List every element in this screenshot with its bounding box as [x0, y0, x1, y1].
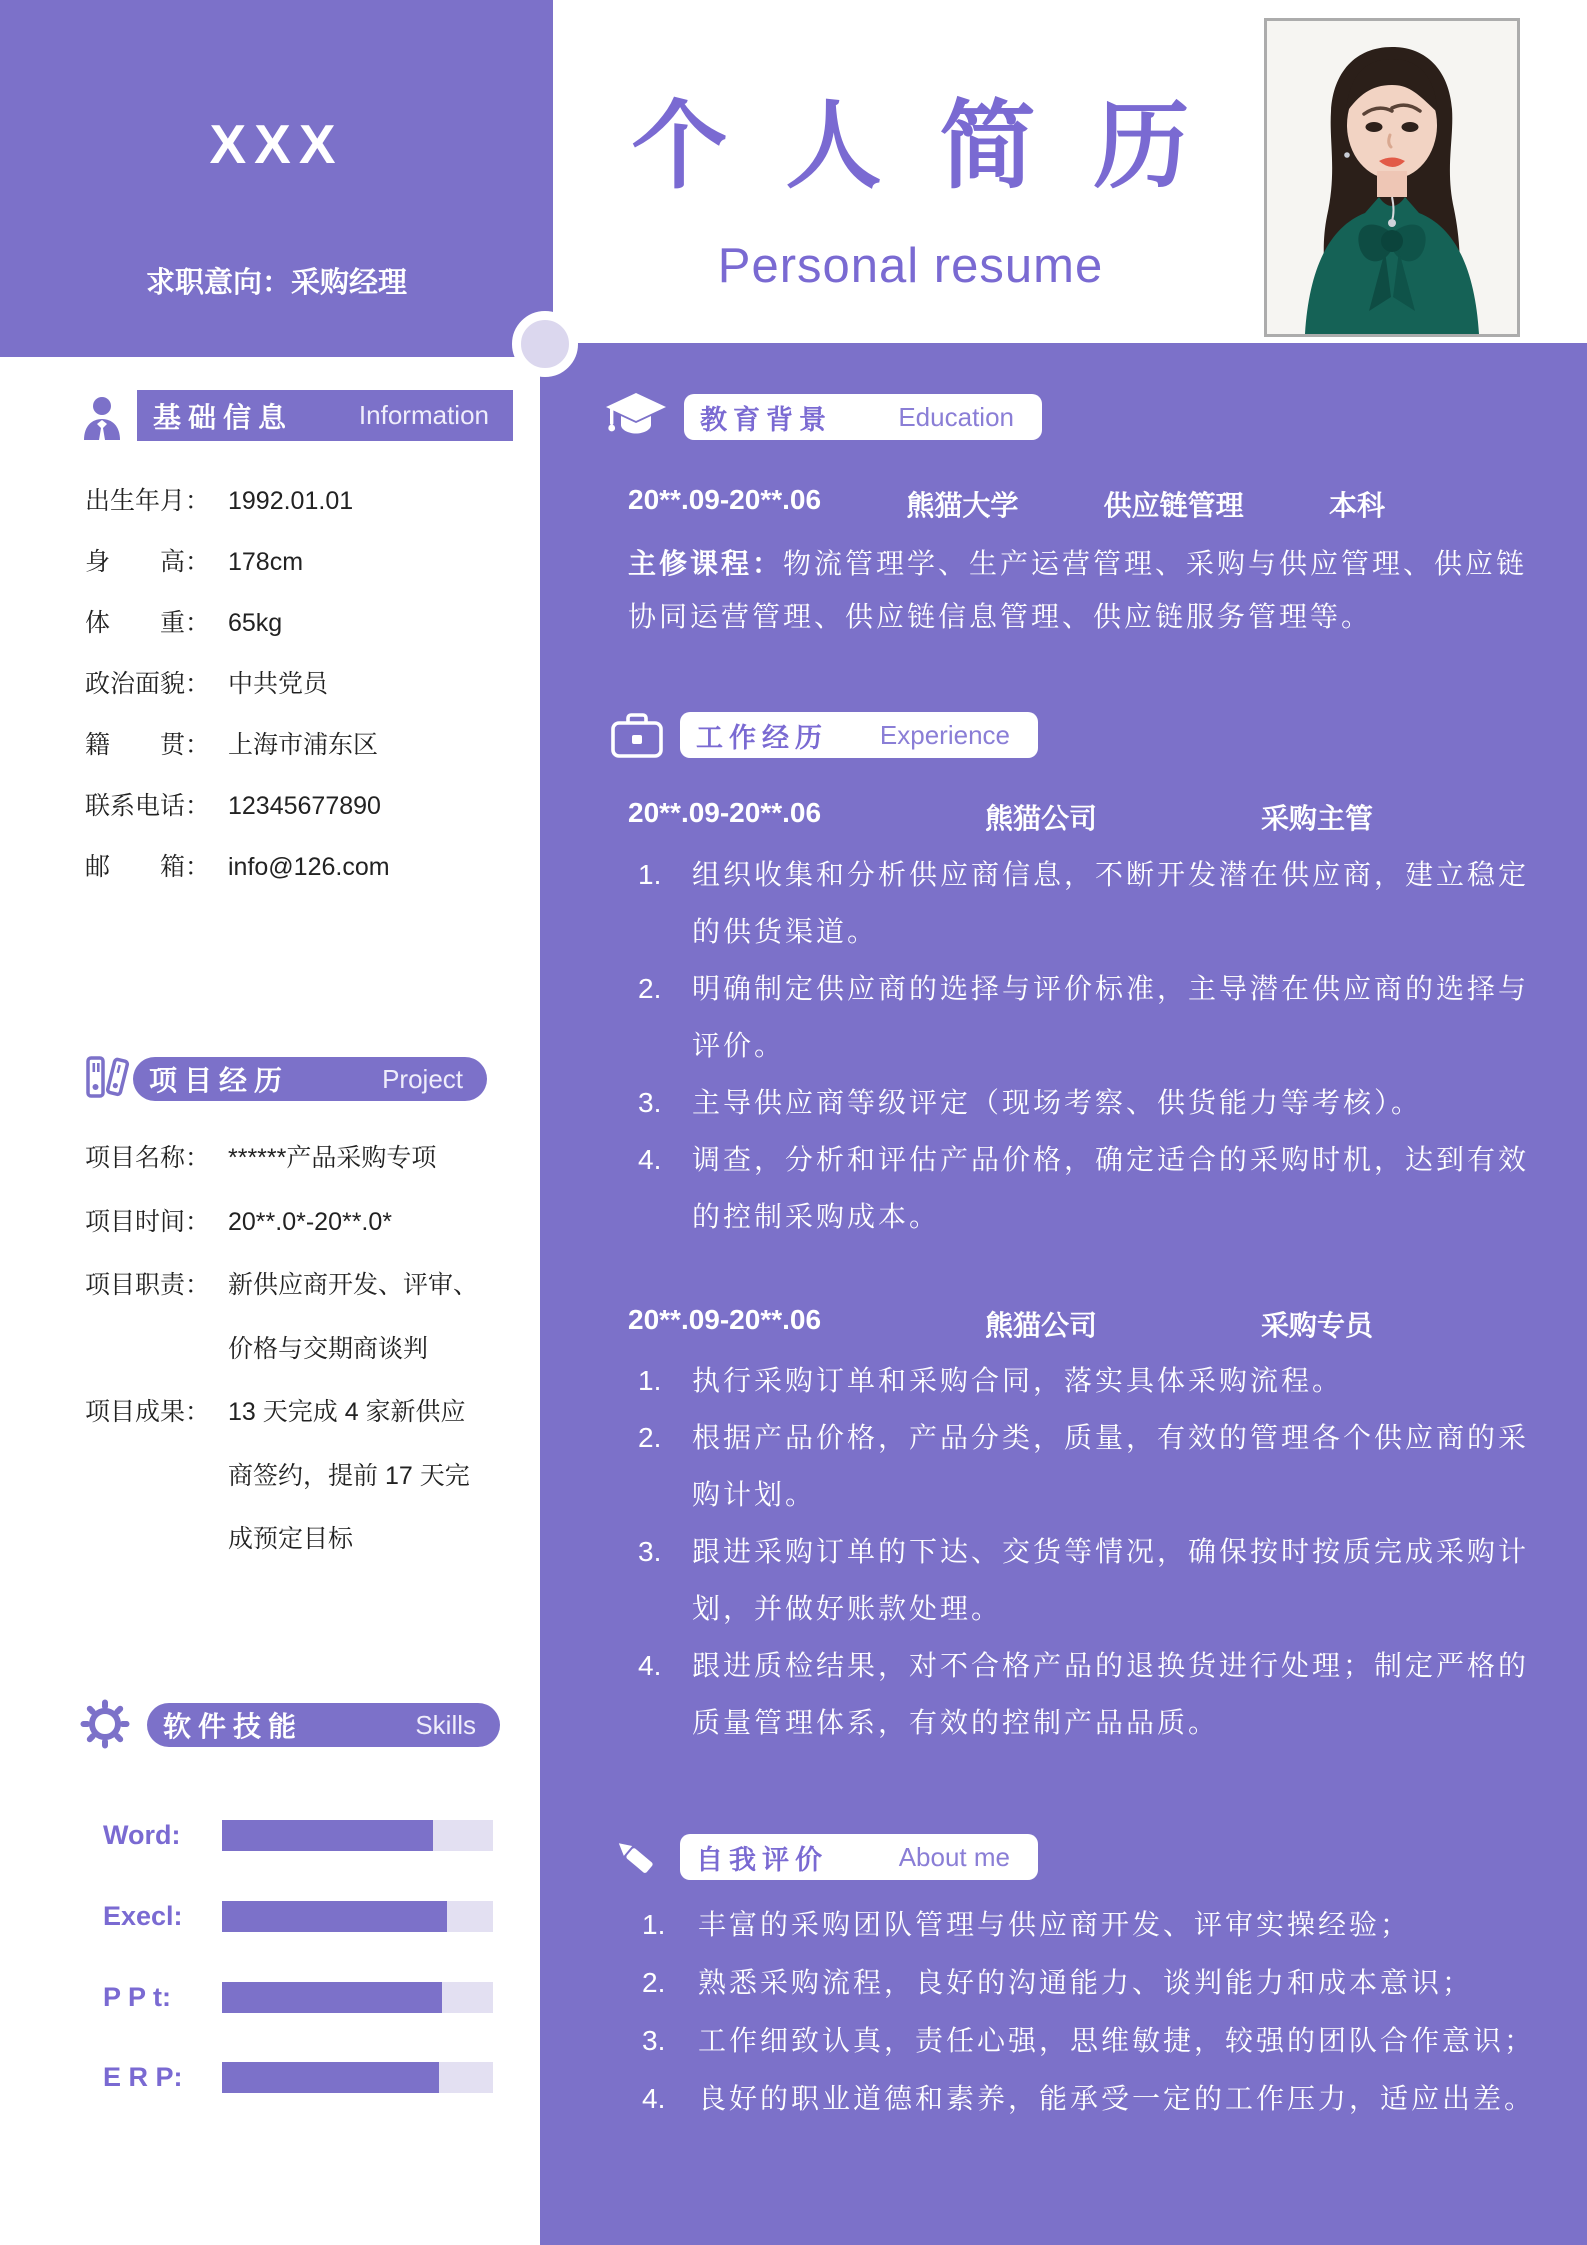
- info-row: 政治面貌：中共党员: [85, 654, 515, 715]
- section-header-education: 教育背景 Education: [604, 391, 1042, 443]
- project-row: 项目名称：******产品采购专项: [85, 1127, 515, 1191]
- skill-bar-ppt: [222, 1982, 493, 2013]
- education-date: 20**.09-20**.06: [628, 484, 821, 524]
- page-title: 个人简历: [553, 70, 1268, 207]
- gear-icon: [80, 1698, 130, 1750]
- skill-label-ppt: P P t:: [103, 1982, 222, 2013]
- section-header-project: 项目经历 Project: [133, 1057, 487, 1101]
- courses-label: 主修课程：: [628, 548, 783, 579]
- skill-row-word: Word:: [103, 1820, 503, 1851]
- resume-page: XXX 求职意向：采购经理 个人简历 Personal resume: [0, 0, 1587, 2245]
- job-2-role: 采购专员: [1261, 1304, 1373, 1344]
- job-1-duty: 明确制定供应商的选择与评价标准，主导潜在供应商的选择与评价。: [692, 960, 1547, 1074]
- info-row: 联系电话：12345677890: [85, 776, 515, 837]
- job-1-company: 熊猫公司: [985, 797, 1097, 837]
- briefcase-icon: [610, 710, 664, 760]
- height-value: 178cm: [228, 532, 515, 593]
- phone-value: 12345677890: [228, 776, 515, 837]
- skill-label-word: Word:: [103, 1820, 222, 1851]
- weight-value: 65kg: [228, 593, 515, 654]
- binders-icon: [82, 1053, 134, 1101]
- job-intent: 求职意向：采购经理: [0, 260, 553, 301]
- skill-label-erp: E R P:: [103, 2062, 222, 2093]
- about-item: 熟悉采购流程，良好的沟通能力、谈判能力和成本意识；: [698, 1954, 1548, 2012]
- name-header-box: XXX 求职意向：采购经理: [0, 0, 553, 357]
- job-2-duty: 跟进采购订单的下达、交货等情况，确保按时按质完成采购计划，并做好账款处理。: [692, 1523, 1547, 1637]
- section-title-skills: 软件技能: [163, 1705, 303, 1745]
- portrait-photo: [1264, 18, 1520, 337]
- section-title-basic-info: 基础信息: [153, 396, 293, 436]
- pencil-icon: [608, 1833, 664, 1881]
- job-1-duty: 主导供应商等级评定（现场考察、供货能力等考核）。: [692, 1074, 1547, 1131]
- skill-label-excel: Execl:: [103, 1901, 222, 1932]
- section-title-experience-en: Experience: [880, 720, 1010, 751]
- skill-bar-word: [222, 1820, 493, 1851]
- section-header-basic-info: 基础信息 Information: [137, 390, 513, 441]
- basic-info-list: 出生年月：1992.01.01 身 高：178cm 体 重：65kg 政治面貌：…: [85, 471, 515, 898]
- email-value: info@126.com: [228, 837, 515, 898]
- section-title-project-en: Project: [382, 1064, 463, 1095]
- section-title-education-en: Education: [898, 402, 1014, 433]
- education-courses: 主修课程：物流管理学、生产运营管理、采购与供应管理、供应链 协同运营管理、供应链…: [628, 537, 1545, 643]
- skill-bar-excel: [222, 1901, 493, 1932]
- info-row: 身 高：178cm: [85, 532, 515, 593]
- about-list: 丰富的采购团队管理与供应商开发、评审实操经验； 熟悉采购流程，良好的沟通能力、谈…: [698, 1896, 1548, 2128]
- job-1-heading: 20**.09-20**.06 熊猫公司 采购主管: [628, 797, 1373, 837]
- portrait-illustration: [1267, 21, 1517, 334]
- job-2-duty: 跟进质检结果，对不合格产品的退换货进行处理；制定严格的质量管理体系，有效的控制产…: [692, 1637, 1547, 1751]
- info-row: 籍 贯：上海市浦东区: [85, 715, 515, 776]
- job-1-duties: 组织收集和分析供应商信息，不断开发潜在供应商，建立稳定的供货渠道。 明确制定供应…: [692, 846, 1547, 1245]
- project-row: 商签约，提前 17 天完: [85, 1445, 515, 1509]
- section-title-project: 项目经历: [149, 1059, 289, 1099]
- section-bar-education: 教育背景 Education: [684, 394, 1042, 440]
- project-row: 项目时间：20**.0*-20**.0*: [85, 1191, 515, 1255]
- section-header-experience: 工作经历 Experience: [610, 710, 1038, 760]
- person-icon: [82, 396, 122, 440]
- skill-row-ppt: P P t:: [103, 1982, 503, 2013]
- info-row: 邮 箱：info@126.com: [85, 837, 515, 898]
- education-degree: 本科: [1329, 484, 1385, 524]
- section-bar-about: 自我评价 About me: [680, 1834, 1038, 1880]
- project-list: 项目名称：******产品采购专项 项目时间：20**.0*-20**.0* 项…: [85, 1127, 515, 1572]
- connector-circle-decoration: [512, 311, 578, 377]
- job-2-heading: 20**.09-20**.06 熊猫公司 采购专员: [628, 1304, 1373, 1344]
- section-header-skills: 软件技能 Skills: [147, 1703, 500, 1747]
- job-1-duty: 组织收集和分析供应商信息，不断开发潜在供应商，建立稳定的供货渠道。: [692, 846, 1547, 960]
- education-entry-line: 20**.09-20**.06 熊猫大学 供应链管理 本科: [628, 484, 1385, 524]
- project-row: 项目成果：13 天完成 4 家新供应: [85, 1381, 515, 1445]
- skill-row-excel: Execl:: [103, 1901, 503, 1932]
- project-row: 成预定目标: [85, 1508, 515, 1572]
- about-item: 良好的职业道德和素养，能承受一定的工作压力，适应出差。: [698, 2070, 1548, 2128]
- job-2-duties: 执行采购订单和采购合同，落实具体采购流程。 根据产品价格，产品分类，质量，有效的…: [692, 1352, 1547, 1751]
- page-subtitle: Personal resume: [553, 238, 1268, 294]
- birth-value: 1992.01.01: [228, 471, 515, 532]
- job-2-date: 20**.09-20**.06: [628, 1304, 821, 1344]
- section-title-skills-en: Skills: [415, 1710, 476, 1741]
- political-status-value: 中共党员: [228, 654, 515, 715]
- job-2-duty: 根据产品价格，产品分类，质量，有效的管理各个供应商的采购计划。: [692, 1409, 1547, 1523]
- section-bar-experience: 工作经历 Experience: [680, 712, 1038, 758]
- graduation-cap-icon: [604, 391, 668, 443]
- info-row: 体 重：65kg: [85, 593, 515, 654]
- education-major: 供应链管理: [1104, 484, 1244, 524]
- hometown-value: 上海市浦东区: [228, 715, 515, 776]
- section-title-basic-info-en: Information: [359, 400, 489, 431]
- skill-row-erp: E R P:: [103, 2062, 503, 2093]
- section-title-about: 自我评价: [696, 1838, 828, 1877]
- job-2-duty: 执行采购订单和采购合同，落实具体采购流程。: [692, 1352, 1547, 1409]
- about-item: 工作细致认真，责任心强，思维敏捷，较强的团队合作意识；: [698, 2012, 1548, 2070]
- about-item: 丰富的采购团队管理与供应商开发、评审实操经验；: [698, 1896, 1548, 1954]
- job-2-company: 熊猫公司: [985, 1304, 1097, 1344]
- job-1-role: 采购主管: [1261, 797, 1373, 837]
- section-title-education: 教育背景: [700, 398, 832, 437]
- education-school: 熊猫大学: [906, 484, 1018, 524]
- skill-bar-erp: [222, 2062, 493, 2093]
- job-1-date: 20**.09-20**.06: [628, 797, 821, 837]
- candidate-name: XXX: [0, 112, 553, 176]
- section-title-about-en: About me: [899, 1842, 1010, 1873]
- project-row: 项目职责：新供应商开发、评审、: [85, 1254, 515, 1318]
- section-title-experience: 工作经历: [696, 716, 828, 755]
- job-1-duty: 调查，分析和评估产品价格，确定适合的采购时机，达到有效的控制采购成本。: [692, 1131, 1547, 1245]
- project-row: 价格与交期商谈判: [85, 1318, 515, 1382]
- info-row: 出生年月：1992.01.01: [85, 471, 515, 532]
- section-header-about: 自我评价 About me: [608, 1833, 1038, 1881]
